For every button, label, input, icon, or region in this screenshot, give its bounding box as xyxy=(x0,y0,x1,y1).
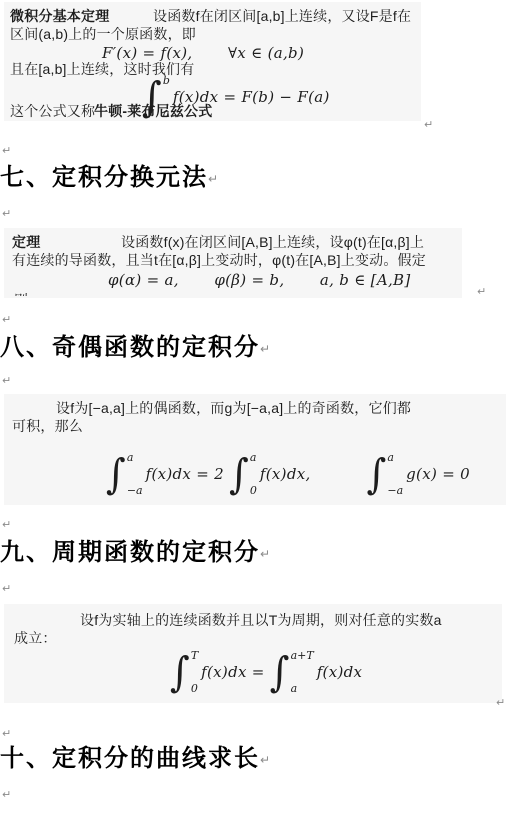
body-line: 区间(a,b)上的一个原函数，即 xyxy=(10,26,196,43)
equation-even-odd: ∫ a −a f(x)dx = 2 ∫ a 0 f(x)dx, ∫ a xyxy=(106,452,470,496)
block-title-theorem: 定理 xyxy=(12,234,40,251)
formula-image-periodic-functions: 设f为实轴上的连续函数并且以T为周期，则对任意的实数a 成立： ∫ T 0 f(… xyxy=(4,604,502,703)
paragraph-mark: ↵ xyxy=(2,728,11,739)
body-line: 设f为[−a,a]上的偶函数，而g为[−a,a]上的奇函数，它们都 xyxy=(56,400,411,417)
paragraph-mark: ↵ xyxy=(2,208,11,219)
integral-upper-limit: b xyxy=(163,75,170,86)
paragraph-mark: ↵ xyxy=(496,697,505,708)
integral: ∫ T 0 xyxy=(170,650,198,694)
block-title-fundamental-theorem: 微积分基本定理 xyxy=(10,8,109,25)
integral-upper-limit: a xyxy=(127,452,143,463)
paragraph-mark: ↵ xyxy=(2,789,11,800)
body-line: 这个公式又称 xyxy=(10,103,95,120)
paragraph-mark: ↵ xyxy=(2,145,11,156)
body-line: 成立： xyxy=(14,630,57,647)
integral-lower-limit: a xyxy=(291,683,314,694)
heading-text: 十、定积分的曲线求长 xyxy=(0,746,260,772)
formula-image-fundamental-theorem: 微积分基本定理 设函数f在闭区间[a,b]上连续，又设F是f在 区间(a,b)上… xyxy=(4,2,421,121)
equation-body: f(x)dx = xyxy=(201,663,270,681)
integral: ∫ a+T a xyxy=(270,650,314,694)
integral-lower-limit: −a xyxy=(127,485,143,496)
newton-leibniz-name: 牛顿-莱布尼兹公式 xyxy=(94,103,212,120)
equation-body: g(x) = 0 xyxy=(406,465,470,483)
integral-sign: ∫ xyxy=(106,453,126,494)
paragraph-mark: ↵ xyxy=(2,583,11,594)
heading-text: 七、定积分换元法 xyxy=(0,165,208,191)
body-line: 可积，那么 xyxy=(12,418,83,435)
paragraph-mark: ↵ xyxy=(208,172,218,186)
heading-section-7: 七、定积分换元法↵ xyxy=(0,164,218,194)
equation-periodic: ∫ T 0 f(x)dx = ∫ a+T a f(x)dx xyxy=(170,650,362,694)
integral-lower-limit: −a xyxy=(387,485,403,496)
integral-upper-limit: a xyxy=(387,452,403,463)
heading-section-10: 十、定积分的曲线求长↵ xyxy=(0,745,270,775)
paragraph-mark: ↵ xyxy=(2,314,11,325)
paragraph-mark: ↵ xyxy=(424,119,433,130)
integral: ∫ a −a xyxy=(106,452,143,496)
paragraph-mark: ↵ xyxy=(260,547,270,561)
paragraph-mark: ↵ xyxy=(260,342,270,356)
integral-sign: ∫ xyxy=(367,453,387,494)
integral-limits: a −a xyxy=(387,452,403,496)
integral: ∫ a 0 xyxy=(229,452,257,496)
document-page: 微积分基本定理 设函数f在闭区间[a,b]上连续，又设F是f在 区间(a,b)上… xyxy=(0,0,506,836)
paragraph-mark: ↵ xyxy=(2,375,11,386)
equation-body: f(x)dx, xyxy=(260,465,311,483)
integral-lower-limit: 0 xyxy=(191,683,198,694)
integral-upper-limit: a xyxy=(250,452,257,463)
equation-derivative: F′(x) = f(x), ∀x ∈ (a,b) xyxy=(102,44,304,62)
integral: ∫ a −a xyxy=(367,452,404,496)
formula-image-substitution-theorem: 定理 设函数f(x)在闭区间[A,B]上连续，设φ(t)在[α,β]上 有连续的… xyxy=(4,228,462,298)
equation-body: f(x)dx = 2 xyxy=(146,465,230,483)
paragraph-mark: ↵ xyxy=(260,753,270,767)
integral-lower-limit: 0 xyxy=(250,485,257,496)
clipped-text-fragment: 则: xyxy=(14,290,44,296)
formula-image-even-odd-functions: 设f为[−a,a]上的偶函数，而g为[−a,a]上的奇函数，它们都 可积，那么 … xyxy=(4,394,506,505)
integral-limits: a 0 xyxy=(250,452,257,496)
integral-sign: ∫ xyxy=(170,651,190,692)
body-line: 有连续的导函数，且当t在[α,β]上变动时，φ(t)在[A,B]上变动。假定 xyxy=(12,252,426,269)
paragraph-mark: ↵ xyxy=(477,286,486,297)
integral-sign: ∫ xyxy=(229,453,249,494)
integral-upper-limit: a+T xyxy=(291,650,314,661)
equation-phi-conditions: φ(α) = a, φ(β) = b, a, b ∈ [A,B] xyxy=(108,271,411,289)
integral-upper-limit: T xyxy=(191,650,198,661)
heading-section-9: 九、周期函数的定积分↵ xyxy=(0,539,270,569)
body-line: 设函数f(x)在闭区间[A,B]上连续，设φ(t)在[α,β]上 xyxy=(121,234,424,251)
integral-sign: ∫ xyxy=(270,651,290,692)
integral-limits: a+T a xyxy=(291,650,314,694)
integral-limits: T 0 xyxy=(191,650,198,694)
paragraph-mark: ↵ xyxy=(2,519,11,530)
integral-limits: a −a xyxy=(127,452,143,496)
heading-text: 八、奇偶函数的定积分 xyxy=(0,335,260,361)
equation-body: f(x)dx xyxy=(317,663,363,681)
heading-section-8: 八、奇偶函数的定积分↵ xyxy=(0,334,270,364)
body-line: 设f为实轴上的连续函数并且以T为周期，则对任意的实数a xyxy=(80,612,442,629)
heading-text: 九、周期函数的定积分 xyxy=(0,540,260,566)
body-line: 设函数f在闭区间[a,b]上连续，又设F是f在 xyxy=(153,8,411,25)
